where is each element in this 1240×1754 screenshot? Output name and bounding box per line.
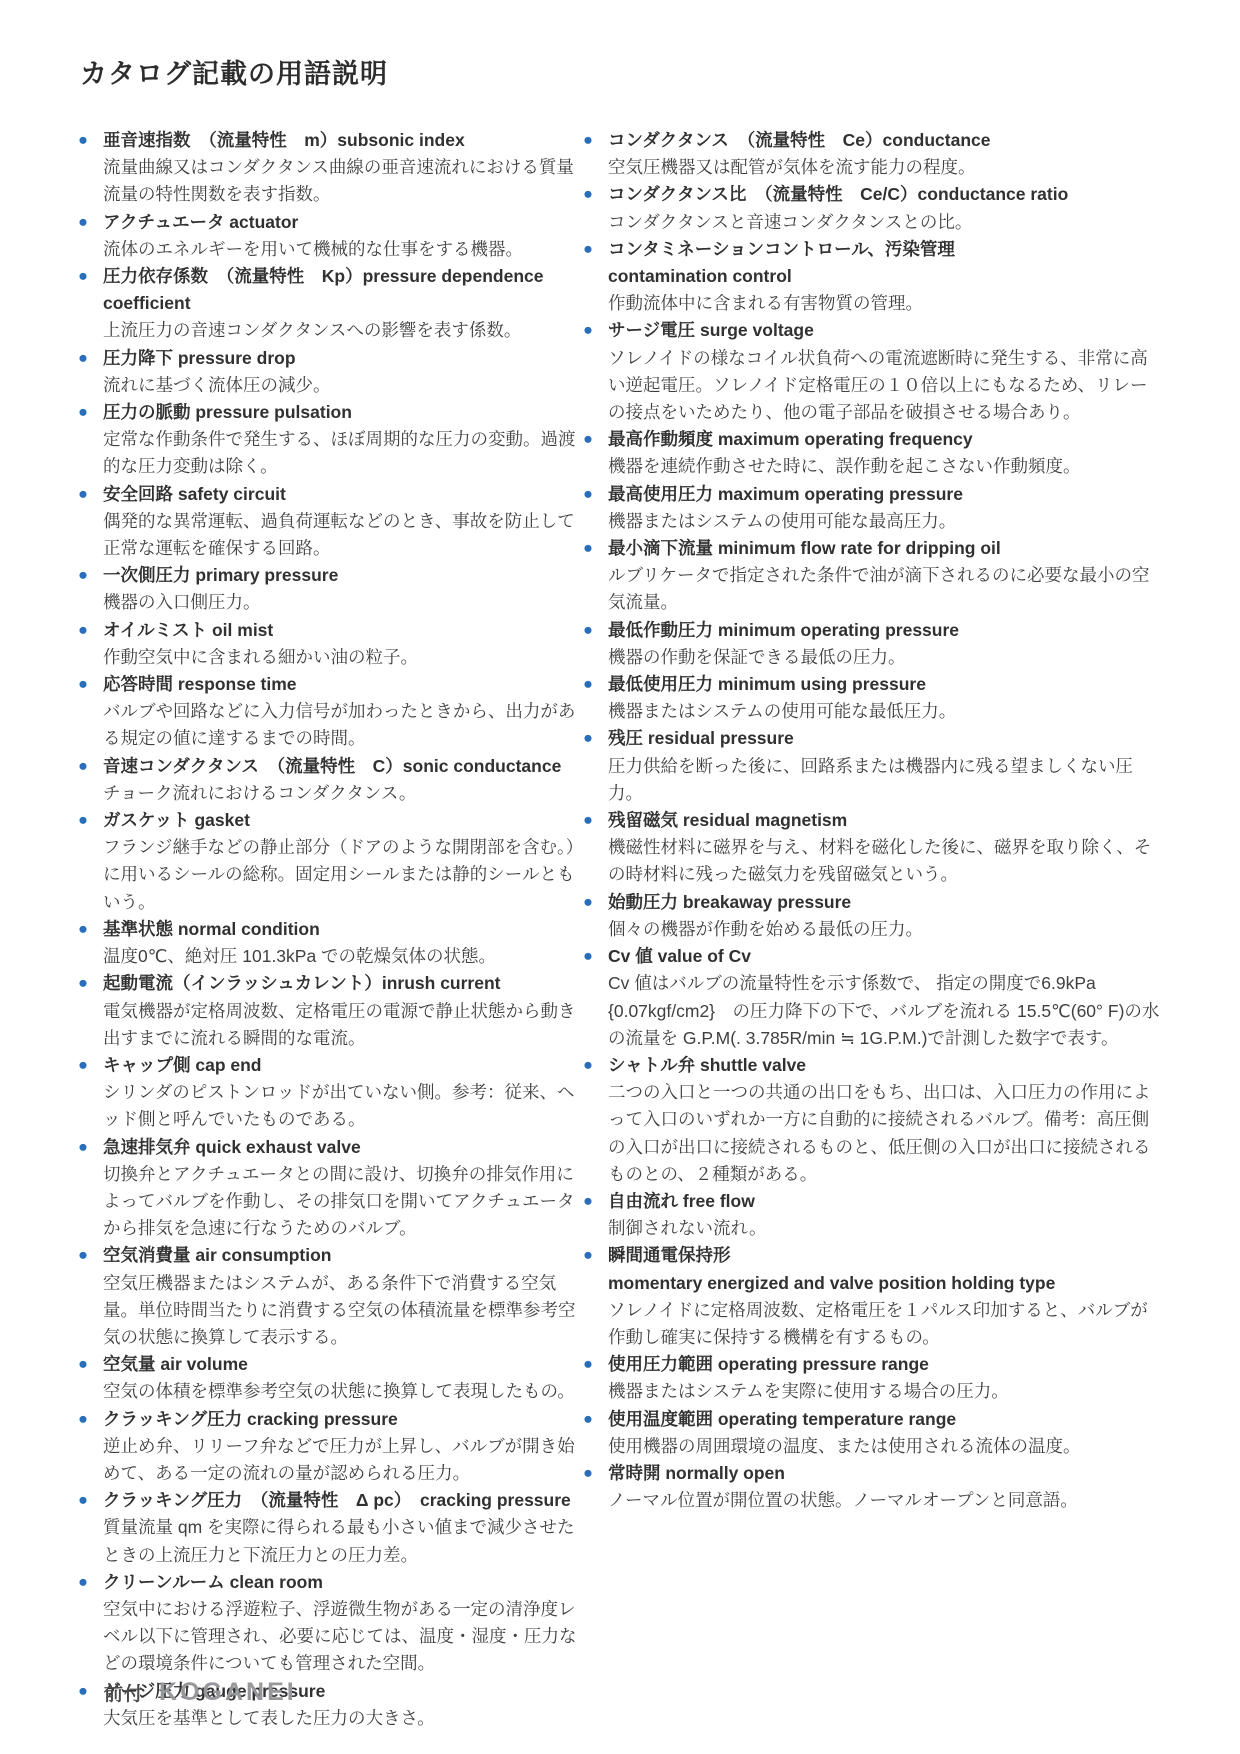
glossary-entry: ● 空気量 air volume 空気の体積を標準参考空気の状態に換算して表現し… [80, 1351, 577, 1405]
bullet-icon: ● [583, 1406, 593, 1433]
term-description: 温度0℃、絶対圧 101.3kPa での乾燥気体の状態。 [103, 943, 577, 970]
term-description: 逆止め弁、リリーフ弁などで圧力が上昇し、バルブが開き始めて、ある一定の流れの量が… [103, 1433, 577, 1487]
glossary-entry: ● 常時開 normally open ノーマル位置が開位置の状態。ノーマルオー… [585, 1460, 1160, 1514]
glossary-entry: ● コンダクタンス比 （流量特性 Ce/C）conductance ratio … [585, 181, 1160, 235]
term-description: 作動流体中に含まれる有害物質の管理。 [608, 290, 1160, 317]
glossary-entry: ● 自由流れ free flow 制御されない流れ。 [585, 1188, 1160, 1242]
bullet-icon: ● [78, 671, 88, 698]
glossary-entry: ● 圧力依存係数 （流量特性 Kp）pressure dependence co… [80, 263, 577, 345]
term-description: 二つの入口と一つの共通の出口をもち、出口は、入口圧力の作用によって入口のいずれか… [608, 1079, 1160, 1188]
glossary-entry: ● Cv 値 value of Cv Cv 値はバルブの流量特性を示す係数で、 … [585, 943, 1160, 1052]
term-description: 機器の作動を保証できる最低の圧力。 [608, 644, 1160, 671]
term-heading: 瞬間通電保持形 momentary energized and valve po… [608, 1242, 1160, 1296]
glossary-entry: ● キャップ側 cap end シリンダのピストンロッドが出ていない側。参考：従… [80, 1052, 577, 1134]
bullet-icon: ● [583, 236, 593, 263]
term-heading: コンダクタンス （流量特性 Ce）conductance [608, 127, 1160, 154]
term-heading: 安全回路 safety circuit [103, 481, 577, 508]
bullet-icon: ● [78, 807, 88, 834]
glossary-entry: ● ガスケット gasket フランジ継手などの静止部分（ドアのような開閉部を含… [80, 807, 577, 916]
term-description: 流れに基づく流体圧の減少。 [103, 372, 577, 399]
bullet-icon: ● [583, 181, 593, 208]
bullet-icon: ● [583, 481, 593, 508]
term-description: ルブリケータで指定された条件で油が滴下されるのに必要な最小の空気流量。 [608, 562, 1160, 616]
term-heading: 音速コンダクタンス （流量特性 C）sonic conductance [103, 753, 577, 780]
term-description: 制御されない流れ。 [608, 1215, 1160, 1242]
bullet-icon: ● [78, 1351, 88, 1378]
term-heading: 自由流れ free flow [608, 1188, 1160, 1215]
bullet-icon: ● [583, 1242, 593, 1269]
term-description: シリンダのピストンロッドが出ていない側。参考：従来、ヘッド側と呼んでいたものであ… [103, 1079, 577, 1133]
bullet-icon: ● [78, 753, 88, 780]
footer-page-label: 前付 [104, 1679, 144, 1706]
glossary-entry: ● サージ電圧 surge voltage ソレノイドの様なコイル状負荷への電流… [585, 317, 1160, 426]
glossary-entry: ● オイルミスト oil mist 作動空気中に含まれる細かい油の粒子。 [80, 617, 577, 671]
term-description: 切換弁とアクチュエータとの間に設け、切換弁の排気作用によってバルブを作動し、その… [103, 1161, 577, 1243]
term-heading: クラッキング圧力 （流量特性 Δ pc） cracking pressure [103, 1487, 577, 1514]
term-description: 空気圧機器又は配管が気体を流す能力の程度。 [608, 154, 1160, 181]
bullet-icon: ● [78, 345, 88, 372]
term-heading: アクチュエータ actuator [103, 209, 577, 236]
term-heading: 空気消費量 air consumption [103, 1242, 577, 1269]
bullet-icon: ● [583, 1460, 593, 1487]
term-heading: 急速排気弁 quick exhaust valve [103, 1134, 577, 1161]
term-heading: 常時開 normally open [608, 1460, 1160, 1487]
term-description: Cv 値はバルブの流量特性を示す係数で、 指定の開度で6.9kPa {0.07k… [608, 970, 1160, 1052]
term-heading: 応答時間 response time [103, 671, 577, 698]
bullet-icon: ● [583, 127, 593, 154]
term-description: コンダクタンスと音速コンダクタンスとの比。 [608, 209, 1160, 236]
term-heading: サージ電圧 surge voltage [608, 317, 1160, 344]
bullet-icon: ● [78, 1406, 88, 1433]
bullet-icon: ● [78, 1678, 88, 1705]
term-heading: コンダクタンス比 （流量特性 Ce/C）conductance ratio [608, 181, 1160, 208]
bullet-icon: ● [78, 1134, 88, 1161]
term-heading: 最低作動圧力 minimum operating pressure [608, 617, 1160, 644]
term-description: バルブや回路などに入力信号が加わったときから、出力がある規定の値に達するまでの時… [103, 698, 577, 752]
term-description: ソレノイドに定格周波数、定格電圧を１パルス印加すると、バルブが作動し確実に保持す… [608, 1297, 1160, 1351]
term-heading: クラッキング圧力 cracking pressure [103, 1406, 577, 1433]
term-heading: 最高使用圧力 maximum operating pressure [608, 481, 1160, 508]
term-heading: 圧力依存係数 （流量特性 Kp）pressure dependence coef… [103, 263, 577, 317]
term-heading: 残留磁気 residual magnetism [608, 807, 1160, 834]
glossary-entry: ● 亜音速指数 （流量特性 m）subsonic index 流量曲線又はコンダ… [80, 127, 577, 209]
term-heading: キャップ側 cap end [103, 1052, 577, 1079]
bullet-icon: ● [78, 562, 88, 589]
glossary-entry: ● 最低作動圧力 minimum operating pressure 機器の作… [585, 617, 1160, 671]
term-heading: 使用温度範囲 operating temperature range [608, 1406, 1160, 1433]
glossary-entry: ● コンダクタンス （流量特性 Ce）conductance 空気圧機器又は配管… [585, 127, 1160, 181]
page-title: カタログ記載の用語説明 [80, 52, 1160, 91]
term-description: 上流圧力の音速コンダクタンスへの影響を表す係数。 [103, 317, 577, 344]
bullet-icon: ● [78, 1569, 88, 1596]
term-heading: 最低使用圧力 minimum using pressure [608, 671, 1160, 698]
term-heading: コンタミネーションコントロール、汚染管理 contamination contr… [608, 236, 1160, 290]
glossary-column-right: ● コンダクタンス （流量特性 Ce）conductance 空気圧機器又は配管… [585, 127, 1160, 1514]
bullet-icon: ● [78, 399, 88, 426]
glossary-entry: ● 最小滴下流量 minimum flow rate for dripping … [585, 535, 1160, 617]
glossary-entry: ● クラッキング圧力 cracking pressure 逆止め弁、リリーフ弁な… [80, 1406, 577, 1488]
term-description: 使用機器の周囲環境の温度、または使用される流体の温度。 [608, 1433, 1160, 1460]
bullet-icon: ● [583, 1351, 593, 1378]
term-description: 個々の機器が作動を始める最低の圧力。 [608, 916, 1160, 943]
bullet-icon: ● [583, 1188, 593, 1215]
bullet-icon: ● [78, 916, 88, 943]
bullet-icon: ● [78, 481, 88, 508]
glossary-entry: ● 空気消費量 air consumption 空気圧機器またはシステムが、ある… [80, 1242, 577, 1351]
term-heading: 使用圧力範囲 operating pressure range [608, 1351, 1160, 1378]
glossary-entry: ● 起動電流（インラッシュカレント）inrush current 電気機器が定格… [80, 970, 577, 1052]
glossary-entry: ● 圧力降下 pressure drop 流れに基づく流体圧の減少。 [80, 345, 577, 399]
glossary-entry: ● 最高作動頻度 maximum operating frequency 機器を… [585, 426, 1160, 480]
catalog-glossary-page: カタログ記載の用語説明 ● 亜音速指数 （流量特性 m）subsonic ind… [0, 0, 1240, 1754]
term-heading: 最高作動頻度 maximum operating frequency [608, 426, 1160, 453]
term-description: 機器を連続作動させた時に、誤作動を起こさない作動頻度。 [608, 453, 1160, 480]
glossary-entry: ● 安全回路 safety circuit 偶発的な異常運転、過負荷運転などのと… [80, 481, 577, 563]
term-heading: 圧力の脈動 pressure pulsation [103, 399, 577, 426]
bullet-icon: ● [78, 263, 88, 290]
term-description: フランジ継手などの静止部分（ドアのような開閉部を含む。）に用いるシールの総称。固… [103, 834, 577, 916]
term-heading: オイルミスト oil mist [103, 617, 577, 644]
term-description: 定常な作動条件で発生する、ほぼ周期的な圧力の変動。過渡的な圧力変動は除く。 [103, 426, 577, 480]
term-description: 圧力供給を断った後に、回路系または機器内に残る望ましくない圧力。 [608, 753, 1160, 807]
term-heading: 始動圧力 breakaway pressure [608, 889, 1160, 916]
term-heading: 亜音速指数 （流量特性 m）subsonic index [103, 127, 577, 154]
glossary-entry: ● 始動圧力 breakaway pressure 個々の機器が作動を始める最低… [585, 889, 1160, 943]
bullet-icon: ● [78, 209, 88, 236]
term-description: 機器またはシステムを実際に使用する場合の圧力。 [608, 1378, 1160, 1405]
glossary-entry: ● 使用温度範囲 operating temperature range 使用機… [585, 1406, 1160, 1460]
bullet-icon: ● [78, 1487, 88, 1514]
bullet-icon: ● [583, 671, 593, 698]
glossary-entry: ● 圧力の脈動 pressure pulsation 定常な作動条件で発生する、… [80, 399, 577, 481]
bullet-icon: ● [583, 617, 593, 644]
term-description: 流体のエネルギーを用いて機械的な仕事をする機器。 [103, 236, 577, 263]
glossary-entry: ● コンタミネーションコントロール、汚染管理 contamination con… [585, 236, 1160, 318]
bullet-icon: ● [78, 970, 88, 997]
glossary-entry: ● 最高使用圧力 maximum operating pressure 機器また… [585, 481, 1160, 535]
term-description: 機器またはシステムの使用可能な最高圧力。 [608, 508, 1160, 535]
term-heading: ガスケット gasket [103, 807, 577, 834]
term-description: 偶発的な異常運転、過負荷運転などのとき、事故を防止して正常な運転を確保する回路。 [103, 508, 577, 562]
term-heading: シャトル弁 shuttle valve [608, 1052, 1160, 1079]
term-description: 空気の体積を標準参考空気の状態に換算して表現したもの。 [103, 1378, 577, 1405]
bullet-icon: ● [583, 889, 593, 916]
glossary-entry: ● 応答時間 response time バルブや回路などに入力信号が加わったと… [80, 671, 577, 753]
bullet-icon: ● [583, 943, 593, 970]
term-description: 機磁性材料に磁界を与え、材料を磁化した後に、磁界を取り除く、その時材料に残った磁… [608, 834, 1160, 888]
term-heading: 基準状態 normal condition [103, 916, 577, 943]
term-description: ノーマル位置が開位置の状態。ノーマルオープンと同意語。 [608, 1487, 1160, 1514]
glossary-entry: ● クラッキング圧力 （流量特性 Δ pc） cracking pressure… [80, 1487, 577, 1569]
term-description: 作動空気中に含まれる細かい油の粒子。 [103, 644, 577, 671]
bullet-icon: ● [583, 1052, 593, 1079]
glossary-entry: ● 基準状態 normal condition 温度0℃、絶対圧 101.3kP… [80, 916, 577, 970]
term-description: 大気圧を基準として表した圧力の大きさ。 [103, 1705, 577, 1732]
glossary-columns: ● 亜音速指数 （流量特性 m）subsonic index 流量曲線又はコンダ… [80, 127, 1160, 1732]
koganei-logo: KOGANEI [159, 1678, 297, 1707]
glossary-entry: ● 一次側圧力 primary pressure 機器の入口側圧力。 [80, 562, 577, 616]
term-heading: 空気量 air volume [103, 1351, 577, 1378]
term-description: 流量曲線又はコンダクタンス曲線の亜音速流れにおける質量流量の特性関数を表す指数。 [103, 154, 577, 208]
bullet-icon: ● [78, 127, 88, 154]
bullet-icon: ● [583, 535, 593, 562]
bullet-icon: ● [583, 725, 593, 752]
term-description: ソレノイドの様なコイル状負荷への電流遮断時に発生する、非常に高い逆起電圧。ソレノ… [608, 345, 1160, 427]
glossary-entry: ● 残圧 residual pressure 圧力供給を断った後に、回路系または… [585, 725, 1160, 807]
page-footer: 前付 KOGANEI [104, 1678, 297, 1707]
bullet-icon: ● [78, 1242, 88, 1269]
term-heading: クリーンルーム clean room [103, 1569, 577, 1596]
bullet-icon: ● [583, 317, 593, 344]
glossary-entry: ● 瞬間通電保持形 momentary energized and valve … [585, 1242, 1160, 1351]
term-heading: 一次側圧力 primary pressure [103, 562, 577, 589]
glossary-entry: ● 残留磁気 residual magnetism 機磁性材料に磁界を与え、材料… [585, 807, 1160, 889]
term-description: 機器の入口側圧力。 [103, 589, 577, 616]
bullet-icon: ● [78, 1052, 88, 1079]
term-description: 電気機器が定格周波数、定格電圧の電源で静止状態から動き出すまでに流れる瞬間的な電… [103, 998, 577, 1052]
term-description: 空気中における浮遊粒子、浮遊微生物がある一定の清浄度レベル以下に管理され、必要に… [103, 1596, 577, 1678]
glossary-entry: ● シャトル弁 shuttle valve 二つの入口と一つの共通の出口をもち、… [585, 1052, 1160, 1188]
term-heading: 圧力降下 pressure drop [103, 345, 577, 372]
bullet-icon: ● [78, 617, 88, 644]
term-heading: 起動電流（インラッシュカレント）inrush current [103, 970, 577, 997]
glossary-entry: ● 急速排気弁 quick exhaust valve 切換弁とアクチュエータと… [80, 1134, 577, 1243]
term-description: チョーク流れにおけるコンダクタンス。 [103, 780, 577, 807]
term-description: 空気圧機器またはシステムが、ある条件下で消費する空気量。単位時間当たりに消費する… [103, 1270, 577, 1352]
bullet-icon: ● [583, 807, 593, 834]
glossary-entry: ● 音速コンダクタンス （流量特性 C）sonic conductance チョ… [80, 753, 577, 807]
term-heading: Cv 値 value of Cv [608, 943, 1160, 970]
glossary-entry: ● クリーンルーム clean room 空気中における浮遊粒子、浮遊微生物があ… [80, 1569, 577, 1678]
glossary-entry: ● 最低使用圧力 minimum using pressure 機器またはシステ… [585, 671, 1160, 725]
term-heading: 残圧 residual pressure [608, 725, 1160, 752]
term-description: 質量流量 qm を実際に得られる最も小さい値まで減少させたときの上流圧力と下流圧… [103, 1514, 577, 1568]
glossary-column-left: ● 亜音速指数 （流量特性 m）subsonic index 流量曲線又はコンダ… [80, 127, 577, 1732]
bullet-icon: ● [583, 426, 593, 453]
glossary-entry: ● アクチュエータ actuator 流体のエネルギーを用いて機械的な仕事をする… [80, 209, 577, 263]
term-description: 機器またはシステムの使用可能な最低圧力。 [608, 698, 1160, 725]
term-heading: 最小滴下流量 minimum flow rate for dripping oi… [608, 535, 1160, 562]
glossary-entry: ● 使用圧力範囲 operating pressure range 機器またはシ… [585, 1351, 1160, 1405]
